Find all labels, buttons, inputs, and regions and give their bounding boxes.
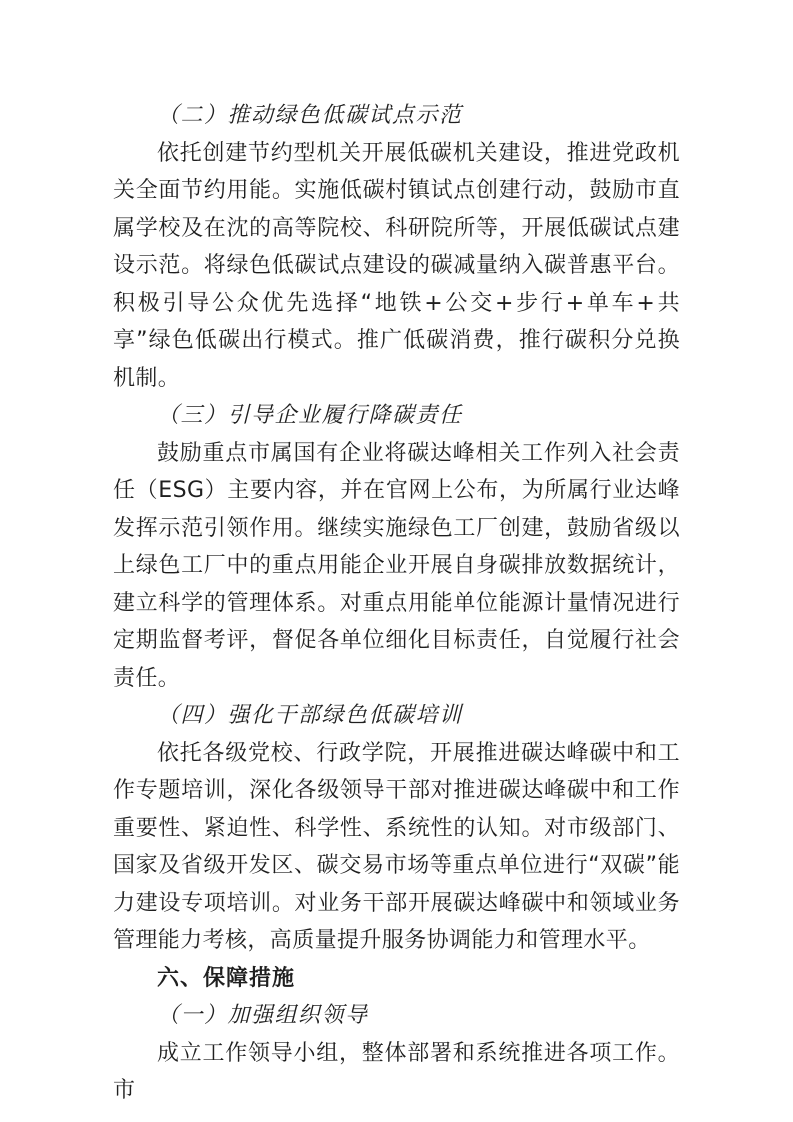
document-page: （二）推动绿色低碳试点示范依托创建节约型机关开展低碳机关建设，推进党政机关全面节… — [0, 0, 793, 1122]
body-paragraph: 成立工作领导小组，整体部署和系统推进各项工作。市 — [113, 1035, 680, 1110]
sub-heading: （四）强化干部绿色低碳培训 — [113, 697, 680, 735]
sub-heading: （二）推动绿色低碳试点示范 — [113, 97, 680, 135]
sub-heading: （三）引导企业履行降碳责任 — [113, 397, 680, 435]
body-paragraph: 依托各级党校、行政学院，开展推进碳达峰碳中和工作专题培训，深化各级领导干部对推进… — [113, 735, 680, 960]
body-paragraph: 鼓励重点市属国有企业将碳达峰相关工作列入社会责任（ESG）主要内容，并在官网上公… — [113, 435, 680, 698]
sub-heading: （一）加强组织领导 — [113, 997, 680, 1035]
body-paragraph: 依托创建节约型机关开展低碳机关建设，推进党政机关全面节约用能。实施低碳村镇试点创… — [113, 135, 680, 398]
section-heading: 六、保障措施 — [113, 960, 680, 998]
document-body: （二）推动绿色低碳试点示范依托创建节约型机关开展低碳机关建设，推进党政机关全面节… — [113, 97, 680, 1110]
